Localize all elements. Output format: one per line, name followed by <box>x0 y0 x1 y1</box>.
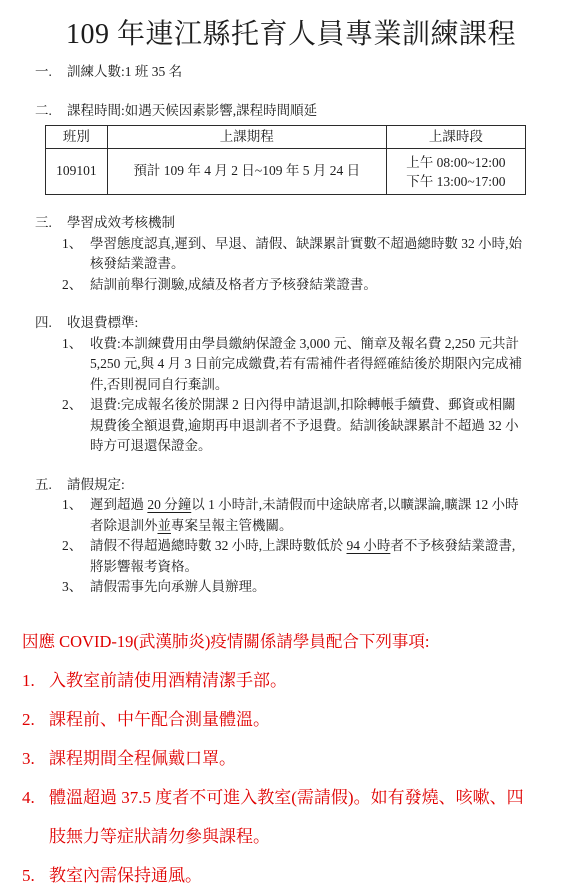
section-number: 三. <box>35 213 67 234</box>
item-label: 1. <box>22 661 49 700</box>
document-title: 109 年連江縣托育人員專業訓練課程 <box>6 12 576 52</box>
item-label: 3、 <box>62 577 90 598</box>
list-item: 3、 請假需事先向承辦人員辦理。 <box>62 577 526 598</box>
item-label: 4. <box>22 778 49 856</box>
item-label: 1、 <box>62 495 90 536</box>
list-item: 2、 請假不得超過總時數 32 小時,上課時數低於 94 小時者不予核發結業證書… <box>62 536 526 577</box>
item-text: 請假需事先向承辦人員辦理。 <box>90 577 526 598</box>
section-fees: 四. 收退費標準: 1、 收費:本訓練費用由學員繳納保證金 3,000 元、簡章… <box>35 313 526 457</box>
section-heading: 請假規定: <box>67 475 526 496</box>
covid-notice-item: 4. 體溫超過 37.5 度者不可進入教室(需請假)。如有發燒、咳嗽、四肢無力等… <box>22 778 526 856</box>
section-heading-row: 四. 收退費標準: <box>35 313 526 334</box>
section-leave-rules: 五. 請假規定: 1、 遲到超過 20 分鐘以 1 小時計,未請假而中途缺席者,… <box>35 475 526 598</box>
item-text: 收費:本訓練費用由學員繳納保證金 3,000 元、簡章及報名費 2,250 元共… <box>90 334 526 396</box>
item-text: 入教室前請使用酒精清潔手部。 <box>49 661 526 700</box>
list-item: 1、 學習態度認真,遲到、早退、請假、缺課累計實數不超過總時數 32 小時,始核… <box>62 234 526 275</box>
item-label: 2、 <box>62 275 90 296</box>
item-text: 課程期間全程佩戴口罩。 <box>49 739 526 778</box>
list-item: 2、 退費:完成報名後於開課 2 日內得申請退訓,扣除轉帳手續費、郵資或相關規費… <box>62 395 526 457</box>
document-body: 一. 訓練人數:1 班 35 名 二. 課程時間:如遇天候因素影響,課程時間順延… <box>0 62 582 889</box>
period-cell: 預計 109 年 4 月 2 日~109 年 5 月 24 日 <box>107 149 386 195</box>
section-heading-row: 一. 訓練人數:1 班 35 名 <box>35 62 526 83</box>
table-header-period: 上課期程 <box>107 126 386 149</box>
timeslot-afternoon: 下午 13:00~17:00 <box>387 172 525 191</box>
table-header-timeslot: 上課時段 <box>386 126 525 149</box>
covid-notice-heading: 因應 COVID-19(武漢肺炎)疫情關係請學員配合下列事項: <box>22 622 526 661</box>
timeslot-cell: 上午 08:00~12:00 下午 13:00~17:00 <box>386 149 525 195</box>
covid-notice-item: 3. 課程期間全程佩戴口罩。 <box>22 739 526 778</box>
item-label: 3. <box>22 739 49 778</box>
section-heading-row: 三. 學習成效考核機制 <box>35 213 526 234</box>
section-assessment: 三. 學習成效考核機制 1、 學習態度認真,遲到、早退、請假、缺課累計實數不超過… <box>35 213 526 295</box>
covid-notice-item: 2. 課程前、中午配合測量體溫。 <box>22 700 526 739</box>
item-label: 2. <box>22 700 49 739</box>
item-text: 學習態度認真,遲到、早退、請假、缺課累計實數不超過總時數 32 小時,始核發結業… <box>90 234 526 275</box>
section-number: 一. <box>35 62 67 83</box>
item-text: 請假不得超過總時數 32 小時,上課時數低於 94 小時者不予核發結業證書,將影… <box>90 536 526 577</box>
list-item: 2、 結訓前舉行測驗,成績及格者方予核發結業證書。 <box>62 275 526 296</box>
section-heading: 學習成效考核機制 <box>67 213 526 234</box>
item-label: 1、 <box>62 334 90 396</box>
section-course-time: 二. 課程時間:如遇天候因素影響,課程時間順延 班別 上課期程 上課時段 109… <box>35 101 526 196</box>
item-text: 體溫超過 37.5 度者不可進入教室(需請假)。如有發燒、咳嗽、四肢無力等症狀請… <box>49 778 526 856</box>
class-number-cell: 109101 <box>46 149 108 195</box>
course-schedule-table: 班別 上課期程 上課時段 109101 預計 109 年 4 月 2 日~109… <box>45 125 526 195</box>
section-training-count: 一. 訓練人數:1 班 35 名 <box>35 62 526 83</box>
section-number: 二. <box>35 101 67 122</box>
table-row: 109101 預計 109 年 4 月 2 日~109 年 5 月 24 日 上… <box>46 149 526 195</box>
section-heading: 課程時間:如遇天候因素影響,課程時間順延 <box>67 101 526 122</box>
section-heading: 收退費標準: <box>67 313 526 334</box>
table-header-row: 班別 上課期程 上課時段 <box>46 126 526 149</box>
list-item: 1、 遲到超過 20 分鐘以 1 小時計,未請假而中途缺席者,以曠課論,曠課 1… <box>62 495 526 536</box>
timeslot-morning: 上午 08:00~12:00 <box>387 153 525 172</box>
item-text: 遲到超過 20 分鐘以 1 小時計,未請假而中途缺席者,以曠課論,曠課 12 小… <box>90 495 526 536</box>
section-number: 五. <box>35 475 67 496</box>
covid-notice-item: 5. 教室內需保持通風。 <box>22 856 526 889</box>
item-text: 退費:完成報名後於開課 2 日內得申請退訓,扣除轉帳手續費、郵資或相關規費後全額… <box>90 395 526 457</box>
item-text: 課程前、中午配合測量體溫。 <box>49 700 526 739</box>
section-heading-row: 二. 課程時間:如遇天候因素影響,課程時間順延 <box>35 101 526 122</box>
table-header-class: 班別 <box>46 126 108 149</box>
section-number: 四. <box>35 313 67 334</box>
item-text: 教室內需保持通風。 <box>49 856 526 889</box>
section-heading: 訓練人數:1 班 35 名 <box>67 62 526 83</box>
item-label: 1、 <box>62 234 90 275</box>
section-heading-row: 五. 請假規定: <box>35 475 526 496</box>
item-label: 2、 <box>62 536 90 577</box>
covid-notice: 因應 COVID-19(武漢肺炎)疫情關係請學員配合下列事項: 1. 入教室前請… <box>22 622 526 889</box>
item-label: 2、 <box>62 395 90 457</box>
item-label: 5. <box>22 856 49 889</box>
item-text: 結訓前舉行測驗,成績及格者方予核發結業證書。 <box>90 275 526 296</box>
document-page: 109 年連江縣托育人員專業訓練課程 一. 訓練人數:1 班 35 名 二. 課… <box>0 0 582 889</box>
covid-notice-item: 1. 入教室前請使用酒精清潔手部。 <box>22 661 526 700</box>
list-item: 1、 收費:本訓練費用由學員繳納保證金 3,000 元、簡章及報名費 2,250… <box>62 334 526 396</box>
